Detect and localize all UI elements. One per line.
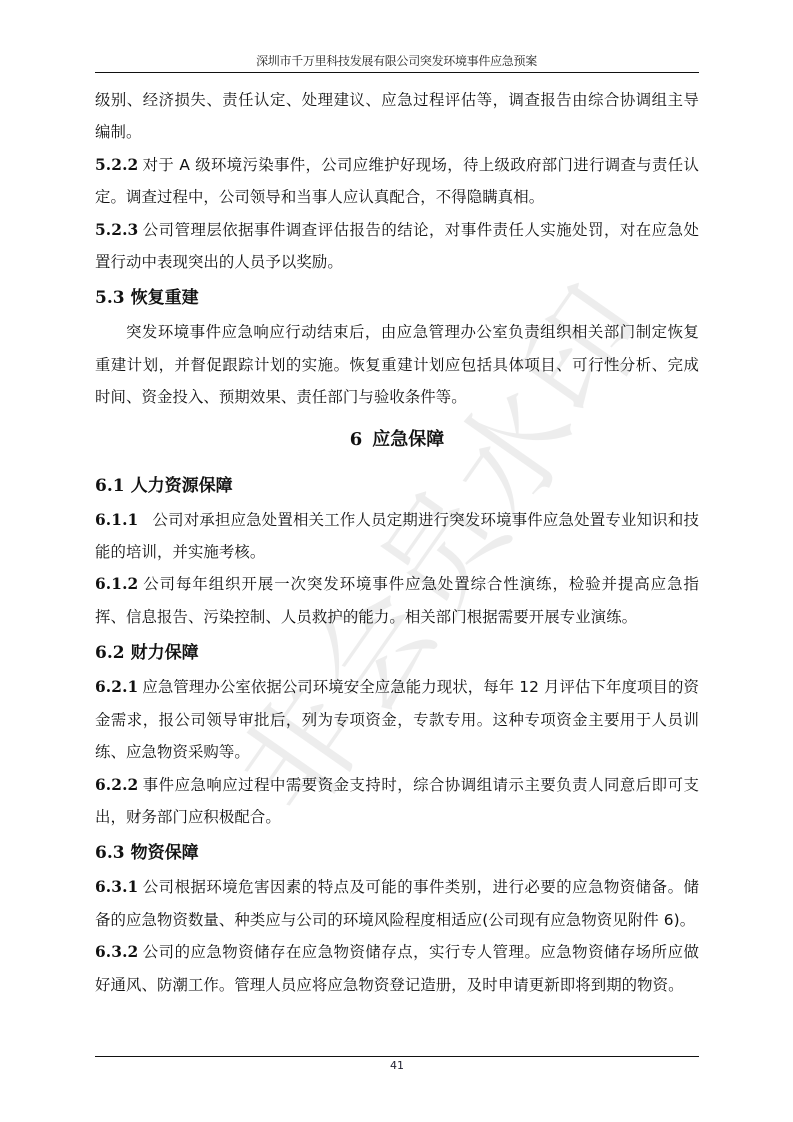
paragraph-6-2-2: 6.2.2事件应急响应过程中需要资金支持时，综合协调组请示主要负责人同意后即可支… — [95, 769, 699, 834]
heading-number: 6.3 — [95, 843, 125, 863]
heading-number: 5.3 — [95, 288, 125, 308]
paragraph-6-1-2: 6.1.2公司每年组织开展一次突发环境事件应急处置综合性演练，检验并提高应急指挥… — [95, 568, 699, 633]
paragraph-5-2-1-continuation: 级别、经济损失、责任认定、处理建议、应急过程评估等，调查报告由综合协调组主导编制… — [95, 84, 699, 149]
clause-number: 5.2.3 — [95, 221, 138, 239]
clause-number: 6.1.2 — [95, 575, 138, 593]
clause-text: 对于 A 级环境污染事件，公司应维护好现场，待上级政府部门进行调查与责任认定。调… — [95, 156, 699, 206]
section-heading-6-1: 6.1人力资源保障 — [95, 468, 699, 504]
paragraph-6-1-1: 6.1.1公司对承担应急处置相关工作人员定期进行突发环境事件应急处置专业知识和技… — [95, 504, 699, 569]
page-content: 级别、经济损失、责任认定、处理建议、应急过程评估等，调查报告由综合协调组主导编制… — [95, 84, 699, 1001]
clause-number: 6.2.1 — [95, 678, 138, 696]
paragraph-6-2-1: 6.2.1应急管理办公室依据公司环境安全应急能力现状，每年 12 月评估下年度项… — [95, 671, 699, 768]
heading-title: 财力保障 — [131, 643, 199, 663]
paragraph-5-2-3: 5.2.3公司管理层依据事件调查评估报告的结论，对事件责任人实施处罚，对在应急处… — [95, 214, 699, 279]
running-header: 深圳市千万里科技发展有限公司突发环境事件应急预案 — [95, 52, 698, 72]
paragraph-6-3-2: 6.3.2公司的应急物资储存在应急物资储存点，实行专人管理。应急物资储存场所应做… — [95, 936, 699, 1001]
heading-number: 6.1 — [95, 476, 125, 496]
paragraph-5-3-body: 突发环境事件应急响应行动结束后，由应急管理办公室负责组织相关部门制定恢复重建计划… — [95, 316, 699, 413]
clause-text: 事件应急响应过程中需要资金支持时，综合协调组请示主要负责人同意后即可支出，财务部… — [95, 776, 699, 826]
clause-number: 6.3.2 — [95, 943, 138, 961]
document-page: 深圳市千万里科技发展有限公司突发环境事件应急预案 级别、经济损失、责任认定、处理… — [0, 0, 793, 1122]
clause-text: 公司对承担应急处置相关工作人员定期进行突发环境事件应急处置专业知识和技能的培训，… — [95, 511, 699, 561]
section-heading-6-3: 6.3物资保障 — [95, 835, 699, 871]
clause-text: 公司根据环境危害因素的特点及可能的事件类别，进行必要的应急物资储备。储备的应急物… — [95, 878, 699, 928]
heading-title: 恢复重建 — [131, 288, 199, 308]
footer-divider — [95, 1056, 699, 1057]
clause-text: 应急管理办公室依据公司环境安全应急能力现状，每年 12 月评估下年度项目的资金需… — [95, 678, 699, 761]
paragraph-5-2-2: 5.2.2对于 A 级环境污染事件，公司应维护好现场，待上级政府部门进行调查与责… — [95, 149, 699, 214]
heading-title: 物资保障 — [131, 843, 199, 863]
header-divider — [95, 72, 699, 73]
section-heading-5-3: 5.3恢复重建 — [95, 280, 699, 316]
clause-text: 公司的应急物资储存在应急物资储存点，实行专人管理。应急物资储存场所应做好通风、防… — [95, 943, 699, 993]
clause-text: 公司每年组织开展一次突发环境事件应急处置综合性演练，检验并提高应急指挥、信息报告… — [95, 575, 699, 625]
clause-number: 6.3.1 — [95, 878, 138, 896]
page-number: 41 — [95, 1059, 699, 1073]
heading-number: 6.2 — [95, 643, 125, 663]
heading-number: 6 — [350, 429, 363, 450]
clause-number: 5.2.2 — [95, 156, 138, 174]
clause-number: 6.2.2 — [95, 776, 138, 794]
clause-text: 公司管理层依据事件调查评估报告的结论，对事件责任人实施处罚，对在应急处置行动中表… — [95, 221, 699, 271]
clause-number: 6.1.1 — [95, 511, 138, 529]
section-heading-6-2: 6.2财力保障 — [95, 635, 699, 671]
paragraph-6-3-1: 6.3.1公司根据环境危害因素的特点及可能的事件类别，进行必要的应急物资储备。储… — [95, 871, 699, 936]
heading-title: 人力资源保障 — [131, 476, 233, 496]
heading-title: 应急保障 — [372, 429, 444, 450]
chapter-heading-6: 6应急保障 — [95, 418, 699, 462]
